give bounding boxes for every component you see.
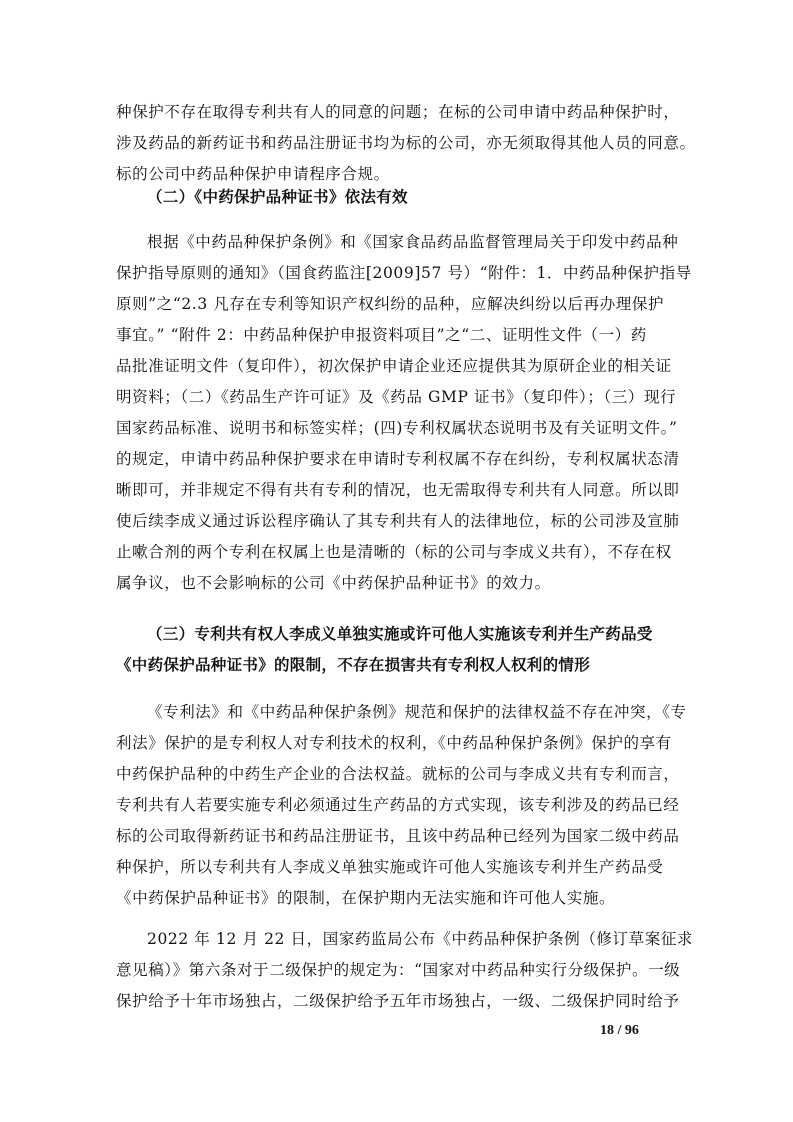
- text-line: 明资料；（二）《药品生产许可证》及《药品 GMP 证书》（复印件）；（三）现行: [116, 382, 678, 413]
- text-line: 原则”之“2.3 凡存在专利等知识产权纠纷的品种，应解决纠纷以后再办理保护: [116, 289, 678, 320]
- heading-text: 《中药保护品种证书》的限制，不存在损害共有专利权人权利的情形: [116, 650, 678, 681]
- text-line: 保护指导原则的通知》（国食药监注[2009]57 号）“附件：1．中药品种保护指…: [116, 258, 678, 289]
- section-heading-2: （二）《中药保护品种证书》依法有效: [116, 182, 678, 213]
- paragraph-2: 根据《中药品种保护条例》和《国家食品药品监督管理局关于印发中药品种 保护指导原则…: [116, 227, 678, 599]
- text-line: 晰即可，并非规定不得有共有专利的情况，也无需取得专利共有人同意。所以即: [116, 475, 678, 506]
- text-line: 《中药保护品种证书》的限制，在保护期内无法实施和许可他人实施。: [116, 883, 678, 914]
- text-line: 国家药品标准、说明书和标签实样；(四)专利权属状态说明书及有关证明文件。”: [116, 413, 678, 444]
- text-line: 意见稿）》第六条对于二级保护的规定为：“国家对中药品种实行分级保护。一级: [116, 955, 678, 986]
- text-line: 中药保护品种的中药生产企业的合法权益。就标的公司与李成义共有专利而言，: [116, 759, 678, 790]
- text-line: 专利共有人若要实施专利必须通过生产药品的方式实现，该专利涉及的药品已经: [116, 790, 678, 821]
- text-line: 《专利法》和《中药品种保护条例》规范和保护的法律权益不存在冲突，《专: [116, 697, 678, 728]
- heading-text: （二）《中药保护品种证书》依法有效: [116, 182, 678, 213]
- page-number: 18 / 96: [600, 1023, 639, 1039]
- paragraph-1: 种保护不存在取得专利共有人的同意的问题；在标的公司申请中药品种保护时， 涉及药品…: [116, 97, 678, 190]
- text-line: 的规定，申请中药品种保护要求在申请时专利权属不存在纠纷，专利权属状态清: [116, 444, 678, 475]
- text-line: 标的公司取得新药证书和药品注册证书，且该中药品种已经列为国家二级中药品: [116, 821, 678, 852]
- heading-text: （三）专利共有权人李成义单独实施或许可他人实施该专利并生产药品受: [116, 619, 678, 650]
- text-line: 属争议，也不会影响标的公司《中药保护品种证书》的效力。: [116, 568, 678, 599]
- paragraph-4: 2022 年 12 月 22 日，国家药监局公布《中药品种保护条例（修订草案征求…: [116, 924, 678, 1017]
- text-line: 涉及药品的新药证书和药品注册证书均为标的公司，亦无须取得其他人员的同意。: [116, 128, 678, 159]
- section-heading-3: （三）专利共有权人李成义单独实施或许可他人实施该专利并生产药品受 《中药保护品种…: [116, 619, 678, 681]
- text-line: 品批准证明文件（复印件），初次保护申请企业还应提供其为原研企业的相关证: [116, 351, 678, 382]
- text-line: 种保护，所以专利共有人李成义单独实施或许可他人实施该专利并生产药品受: [116, 852, 678, 883]
- text-line: 止嗽合剂的两个专利在权属上也是清晰的（标的公司与李成义共有），不存在权: [116, 537, 678, 568]
- text-line: 使后续李成义通过诉讼程序确认了其专利共有人的法律地位，标的公司涉及宣肺: [116, 506, 678, 537]
- text-line: 利法》保护的是专利权人对专利技术的权利，《中药品种保护条例》保护的享有: [116, 728, 678, 759]
- text-line: 保护给予十年市场独占，二级保护给予五年市场独占，一级、二级保护同时给予: [116, 986, 678, 1017]
- document-page: 种保护不存在取得专利共有人的同意的问题；在标的公司申请中药品种保护时， 涉及药品…: [0, 0, 793, 1122]
- text-line: 种保护不存在取得专利共有人的同意的问题；在标的公司申请中药品种保护时，: [116, 97, 678, 128]
- text-line: 根据《中药品种保护条例》和《国家食品药品监督管理局关于印发中药品种: [116, 227, 678, 258]
- text-line: 事宜。” “附件 2：中药品种保护申报资料项目”之“二、证明性文件（一）药: [116, 320, 678, 351]
- paragraph-3: 《专利法》和《中药品种保护条例》规范和保护的法律权益不存在冲突，《专 利法》保护…: [116, 697, 678, 914]
- text-line: 2022 年 12 月 22 日，国家药监局公布《中药品种保护条例（修订草案征求: [116, 924, 678, 955]
